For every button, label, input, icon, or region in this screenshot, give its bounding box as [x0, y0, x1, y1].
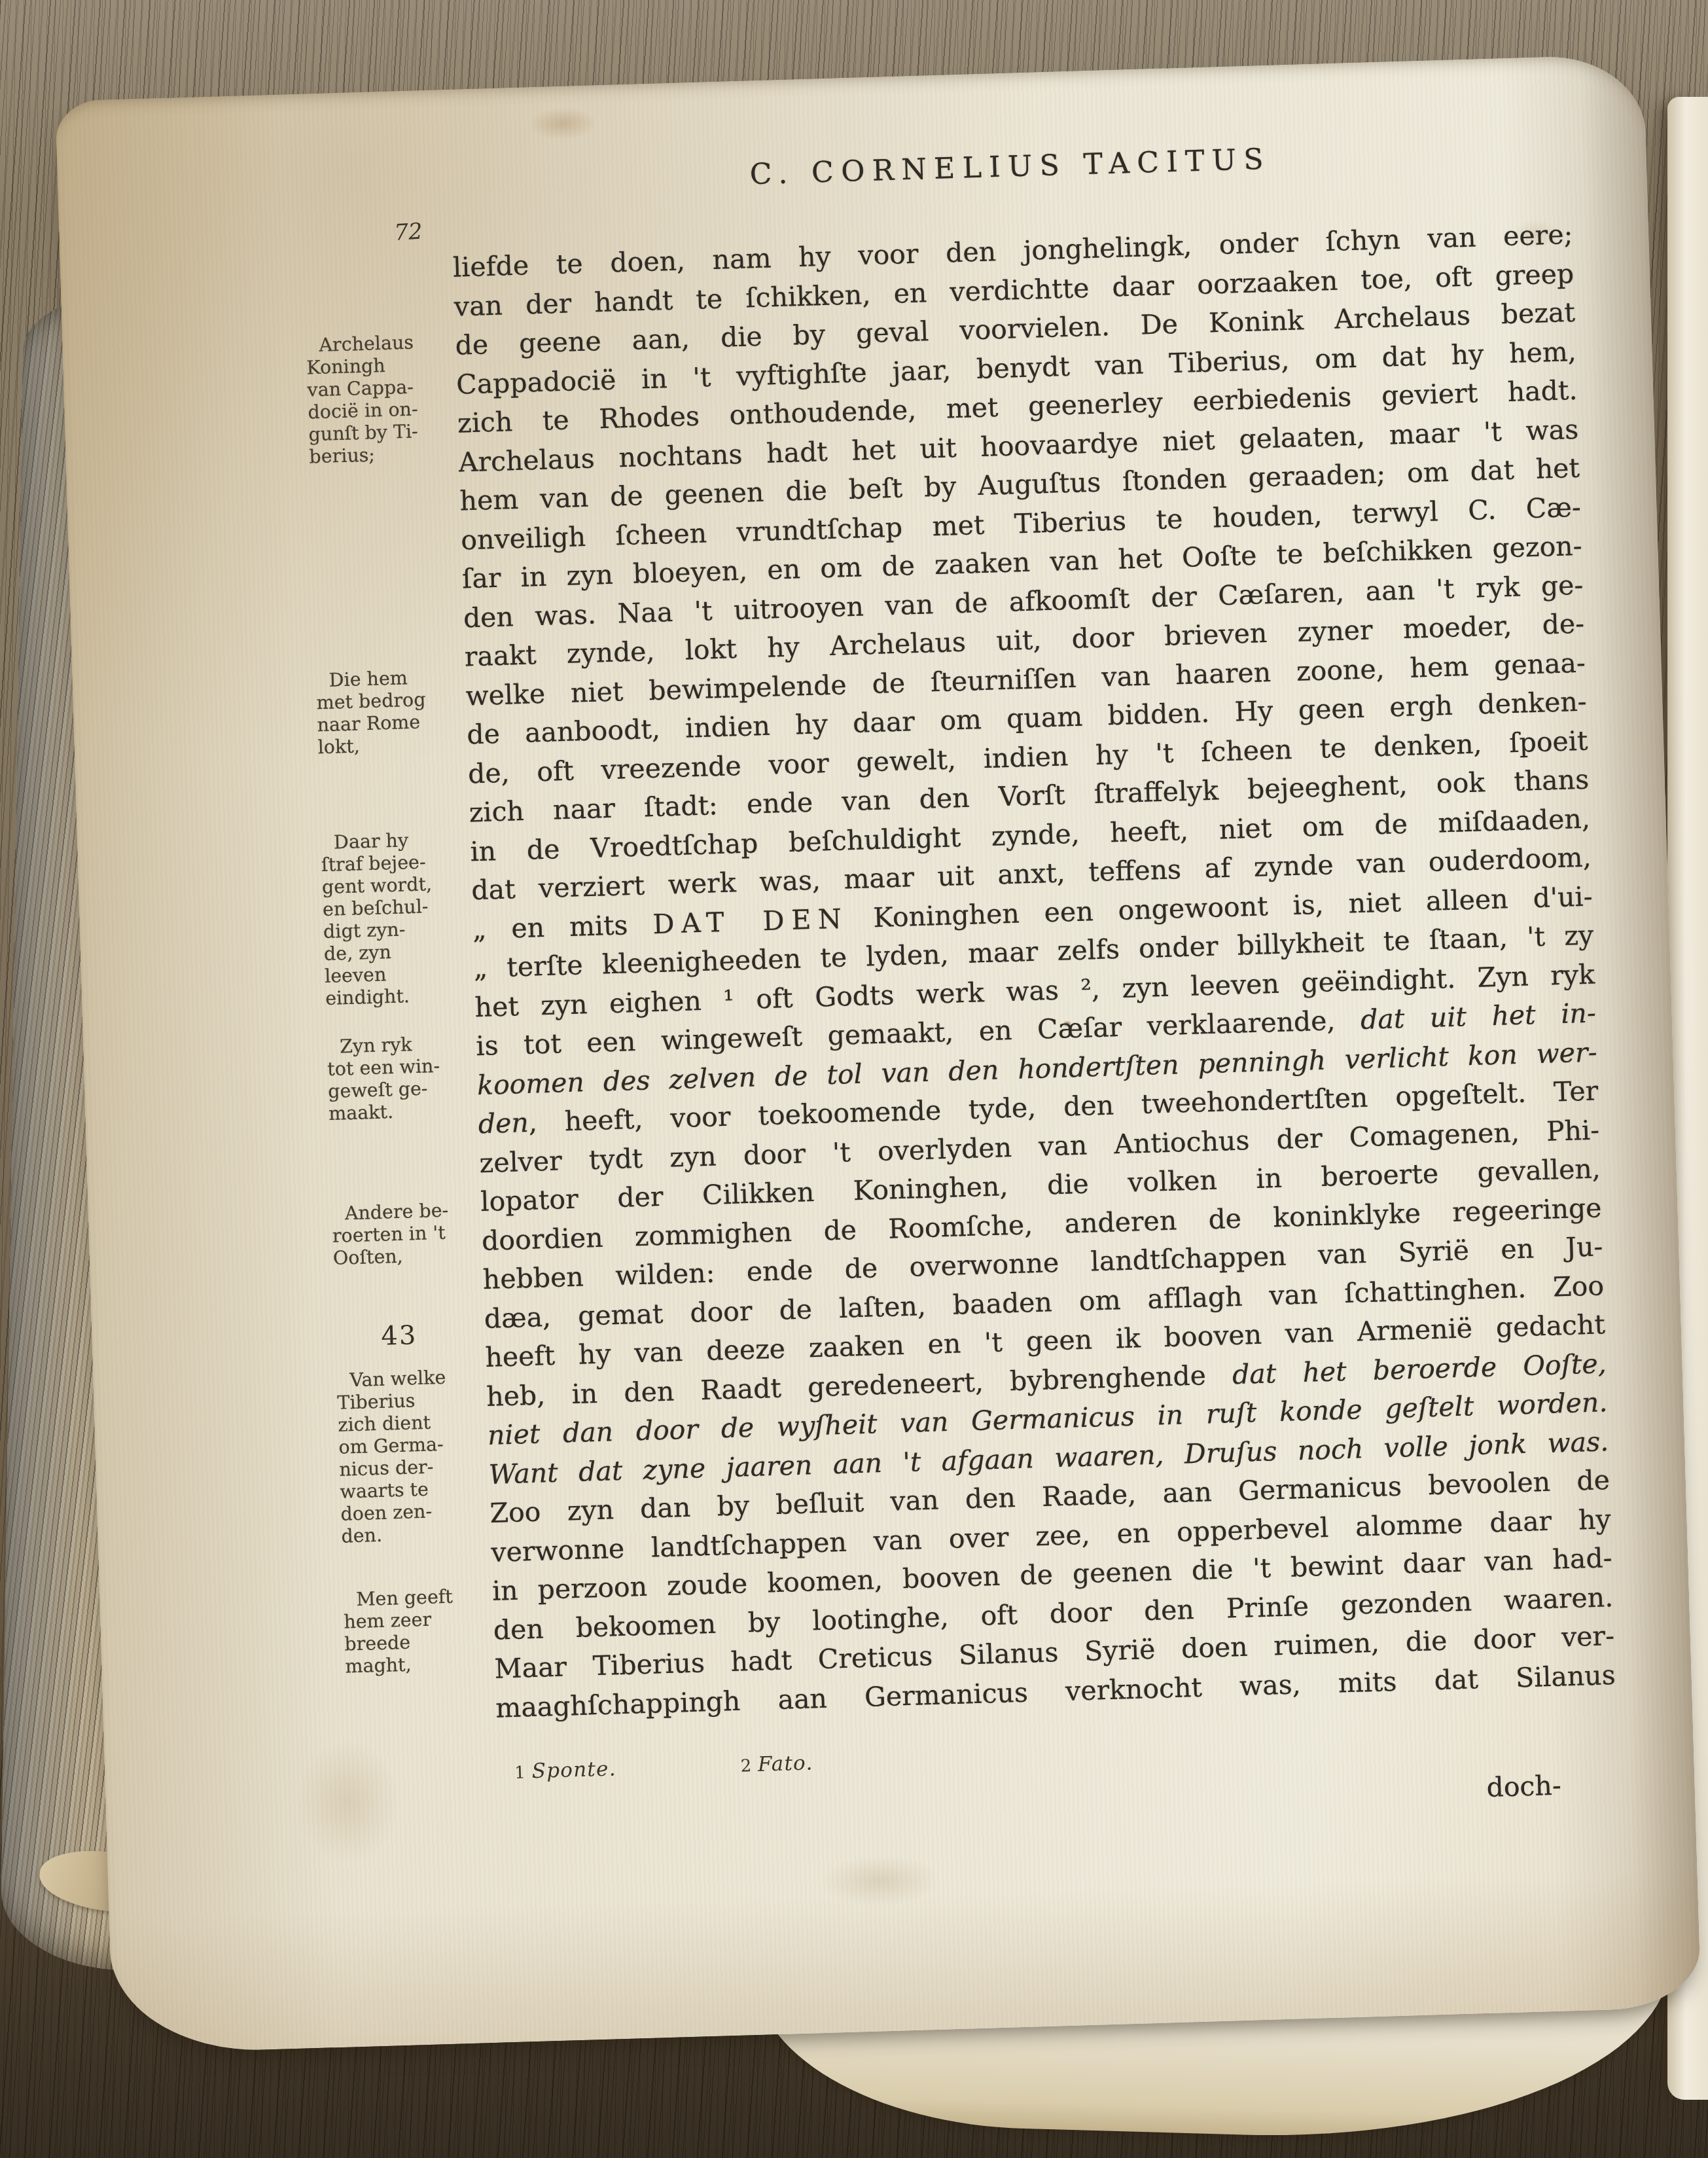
body-line-italic-segment: den — [478, 1107, 529, 1140]
margin-note: Van welke Tiberius zich dient om Germa- … — [336, 1365, 484, 1547]
margin-note: Men geeft hem zeer breede maght, — [343, 1585, 488, 1678]
body-line-segment: DAT DEN — [652, 903, 849, 940]
paper-stain — [514, 99, 613, 147]
margin-note: Zyn ryk tot een win- geweſt ge- maakt. — [327, 1032, 472, 1125]
margin-note: Andere be- roerten in 't Ooſten, — [331, 1198, 476, 1269]
footnote-2-text: Fato. — [757, 1751, 813, 1776]
footnote-1: 1 Sponte. — [514, 1757, 616, 1784]
footnote-2: 2 Fato. — [740, 1751, 813, 1776]
body-line-italic-segment: dat uit het in- — [1360, 997, 1596, 1035]
footnote-2-number: 2 — [740, 1756, 751, 1776]
section-number: 43 — [381, 1320, 418, 1352]
body-text: liefde te doen, nam hy voor den jongheli… — [452, 215, 1616, 1728]
body-text-column: liefde te doen, nam hy voor den jongheli… — [452, 215, 1619, 1833]
photo-of-open-book: C. CORNELIUS TACITUS 72 43 Archelaus Kon… — [0, 0, 1708, 2158]
footnote-1-number: 1 — [514, 1763, 525, 1782]
body-line-italic-segment: dat het beroerde Ooſte, — [1232, 1348, 1607, 1390]
footnote-1-text: Sponte. — [531, 1757, 616, 1783]
margin-note: Archelaus Koningh van Cappa- docië in on… — [306, 331, 452, 468]
running-title: C. CORNELIUS TACITUS — [749, 143, 1272, 192]
running-head: C. CORNELIUS TACITUS — [450, 134, 1571, 200]
margin-note: Daar hy ſtraf bejee- gent wordt, en beſc… — [321, 828, 469, 1010]
book-page: C. CORNELIUS TACITUS 72 43 Archelaus Kon… — [55, 54, 1701, 2055]
paper-stain — [794, 1843, 967, 1920]
margin-note: Die hem met bedrog naar Rome lokt, — [315, 666, 461, 759]
body-line-segment: „ en mits — [472, 908, 653, 945]
